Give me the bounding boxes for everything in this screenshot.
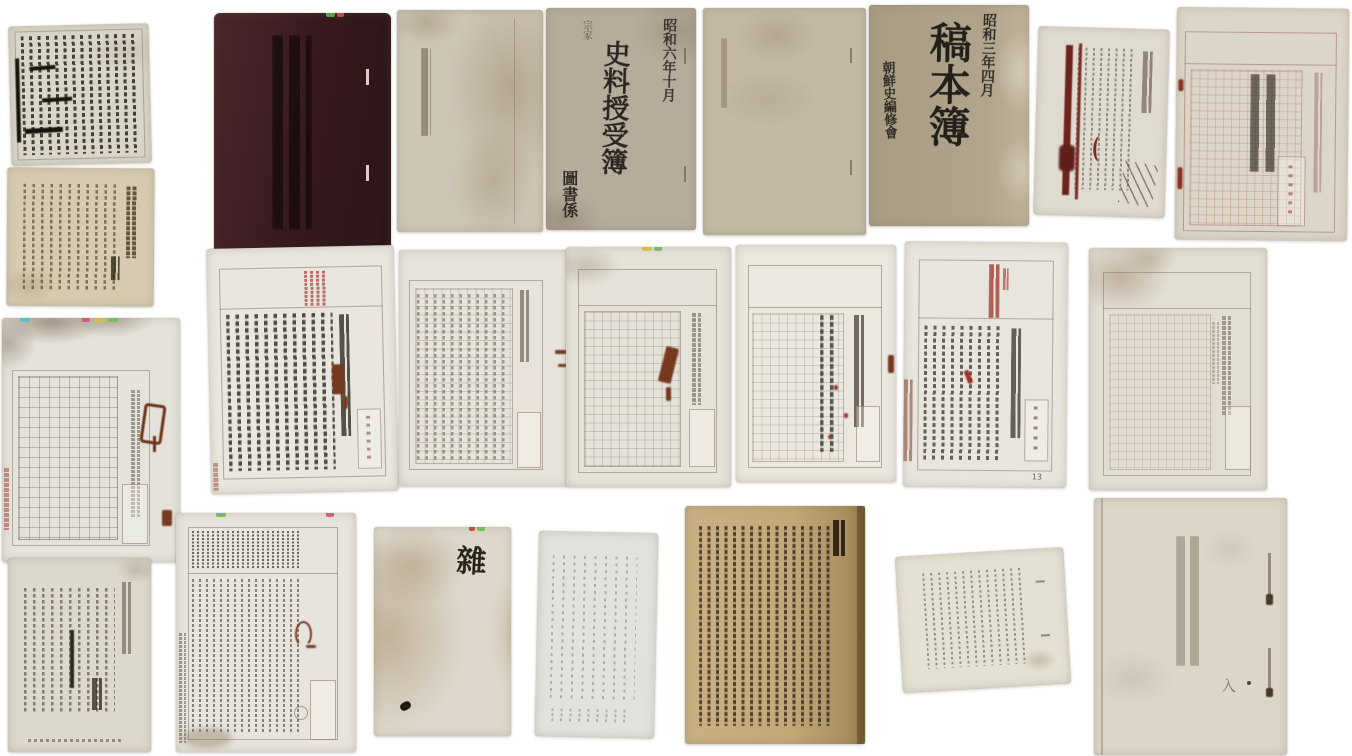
tab-marker — [216, 513, 226, 517]
left-edge-marks-sim — [4, 468, 10, 530]
rust-edge-mark — [888, 355, 894, 373]
tab-marker — [326, 13, 335, 17]
ink-dot — [1247, 681, 1251, 685]
stain — [182, 728, 232, 748]
stitch-mark — [850, 48, 852, 63]
document-cover-kohonbo: 昭和三年四月 稿本簿 朝鮮史編修會 — [869, 5, 1029, 226]
dark-ink-streak — [70, 630, 74, 688]
circled-mark — [294, 706, 308, 720]
header-column-sim — [122, 582, 131, 654]
document-red-annotated-manuscript: 13 — [903, 241, 1068, 487]
rust-curl-mark — [295, 621, 312, 647]
red-title-annotation-sim — [988, 264, 999, 318]
document-plain-cover — [703, 8, 866, 235]
tab-marker — [108, 318, 118, 322]
stitch-mark — [684, 166, 686, 182]
rust-drip — [344, 396, 348, 409]
rust-dash — [306, 645, 316, 648]
left-edge-smudges-sim — [903, 379, 913, 461]
tab-marker — [82, 318, 90, 322]
document-titled-grid-manuscript — [1175, 7, 1349, 241]
dense-columns-sim — [699, 526, 831, 726]
document-half-filled-grid — [736, 245, 896, 482]
corner-marks-sim — [366, 416, 372, 460]
corner-box — [122, 484, 148, 544]
left-edge-marks-sim — [213, 463, 220, 491]
cover-title: 稿本簿 — [924, 21, 970, 148]
bottom-note-line — [28, 739, 121, 742]
brush-columns-right-half-sim — [820, 315, 840, 452]
red-correction-bar — [1062, 45, 1073, 195]
entry-mark: 入 — [1219, 678, 1235, 693]
red-bracket-mark — [1093, 136, 1107, 162]
cover-date: 昭和六年十月 — [661, 18, 677, 102]
document-clipped-grid-paper — [2, 318, 180, 562]
title-column-sim — [1222, 316, 1231, 416]
red-small-note-sim — [1003, 268, 1009, 290]
document-cover-shiryo-jujubo: 宗家 昭和六年十月 史料授受簿 圖書係 — [546, 8, 696, 230]
stitch-knot — [1266, 688, 1273, 697]
corner-box — [689, 409, 715, 467]
archival-documents-photo: 宗家 昭和六年十月 史料授受簿 圖書係 昭和三年四月 稿本簿 朝鮮史編修會 — [0, 0, 1352, 756]
tab-marker — [337, 13, 344, 17]
title-sim — [833, 520, 845, 556]
tab-marker — [469, 527, 475, 531]
document-dense-small-manuscript — [176, 513, 356, 752]
faint-marks-sim — [721, 38, 730, 108]
document-cover-faint-title: 入 — [1094, 498, 1287, 755]
cover-corner-note: 宗家 — [580, 20, 591, 40]
dense-body-columns-sim — [192, 579, 300, 734]
signature-sim — [111, 256, 120, 280]
band-divider — [188, 573, 338, 574]
ink-speck — [399, 700, 413, 712]
document-dense-brush-manuscript — [206, 245, 398, 494]
dense-header-band-sim — [192, 531, 300, 569]
document-stained-blank-grid — [566, 247, 731, 487]
pencil-columns-sim — [417, 294, 509, 460]
page-number: 13 — [1032, 472, 1042, 481]
cover-organization: 朝鮮史編修會 — [880, 61, 896, 139]
stitch-thread — [1268, 553, 1271, 595]
staple — [366, 165, 369, 181]
document-stained-cover — [397, 10, 543, 232]
header-column-sim — [1141, 51, 1153, 113]
header-column-sim — [126, 186, 139, 258]
corner-box — [357, 408, 382, 468]
cover-title: 雜 — [451, 544, 484, 576]
tab-marker — [477, 527, 485, 531]
cover-date: 昭和三年四月 — [979, 13, 997, 97]
title-column-sim — [1010, 328, 1021, 438]
red-edge-mark — [1177, 167, 1182, 189]
spine-shadow — [857, 506, 865, 744]
faint-title-column-sim — [421, 48, 431, 136]
faint-calligraphy-sim — [272, 35, 312, 230]
red-edge-mark — [1178, 79, 1183, 91]
tab-marker — [642, 247, 652, 251]
header-column-sim — [520, 290, 529, 362]
red-correction-blob — [1059, 145, 1076, 171]
cover-title: 史料授受簿 — [596, 40, 628, 176]
document-manuscript-tan — [7, 167, 155, 306]
hatch-marks — [1118, 161, 1159, 208]
red-correction-dot — [828, 435, 832, 439]
document-manuscript-dense — [8, 23, 151, 165]
brush-text-columns-sim — [226, 312, 336, 471]
corner-box — [1225, 406, 1251, 470]
document-red-corrected-page — [1033, 26, 1169, 218]
stitch-mark — [684, 48, 686, 64]
faint-columns-sim — [922, 568, 1028, 670]
corner-box — [856, 406, 880, 462]
document-handwritten-page — [8, 558, 151, 752]
corner-box — [310, 680, 336, 740]
tab-marker — [20, 318, 30, 322]
binder-clip-stem-stain — [153, 436, 156, 452]
stitch-thread — [1268, 648, 1271, 690]
list-columns-sim — [550, 555, 638, 704]
corner-box — [1277, 156, 1306, 226]
rust-drip — [666, 387, 671, 401]
manuscript-grid — [18, 376, 118, 540]
list-bottom-row-sim — [551, 708, 630, 724]
text-columns-sim — [21, 34, 140, 156]
title-column-sim — [692, 313, 701, 405]
tick-mark — [1036, 580, 1045, 583]
document-tan-manuscript — [685, 506, 865, 744]
staple — [366, 69, 369, 85]
document-small-faint-page — [895, 547, 1071, 693]
cover-section: 圖書係 — [560, 170, 577, 218]
red-correction-dot — [834, 385, 838, 390]
corner-box — [517, 412, 541, 468]
manuscript-grid — [1109, 314, 1211, 470]
left-margin-column-sim — [179, 633, 186, 743]
corner-marks-sim — [1033, 406, 1038, 452]
margin-note-sim — [1313, 73, 1322, 193]
signature-sim — [92, 678, 102, 710]
document-penciled-grid-manuscript — [399, 250, 569, 486]
rust-stain — [332, 364, 345, 394]
corner-dots-sim — [1288, 165, 1294, 215]
red-header-note-sim — [304, 270, 329, 306]
text-columns-sim — [923, 325, 1003, 461]
document-cover-zatsu: 雜 — [374, 527, 511, 736]
stitch-knot — [1266, 594, 1273, 605]
fold-line — [1101, 498, 1103, 755]
rust-blob — [162, 510, 172, 526]
document-dark-brown-notebook — [214, 13, 391, 256]
text-columns-sim — [23, 184, 121, 291]
header-divider — [1103, 308, 1251, 309]
tab-marker — [94, 318, 106, 322]
tab-marker — [326, 513, 334, 517]
header-divider — [748, 307, 882, 308]
second-column-sim — [1212, 322, 1219, 384]
tab-marker — [654, 247, 662, 251]
faint-pencil-title-sim — [1176, 536, 1204, 666]
document-faint-grid-manuscript — [1089, 248, 1267, 490]
corner-box — [1024, 399, 1049, 461]
fold-line — [514, 18, 515, 224]
header-divider — [578, 305, 717, 306]
document-printed-list-page — [535, 531, 658, 738]
stitch-mark — [850, 160, 852, 175]
tick-mark — [1041, 634, 1050, 637]
red-correction-dot — [844, 413, 848, 418]
